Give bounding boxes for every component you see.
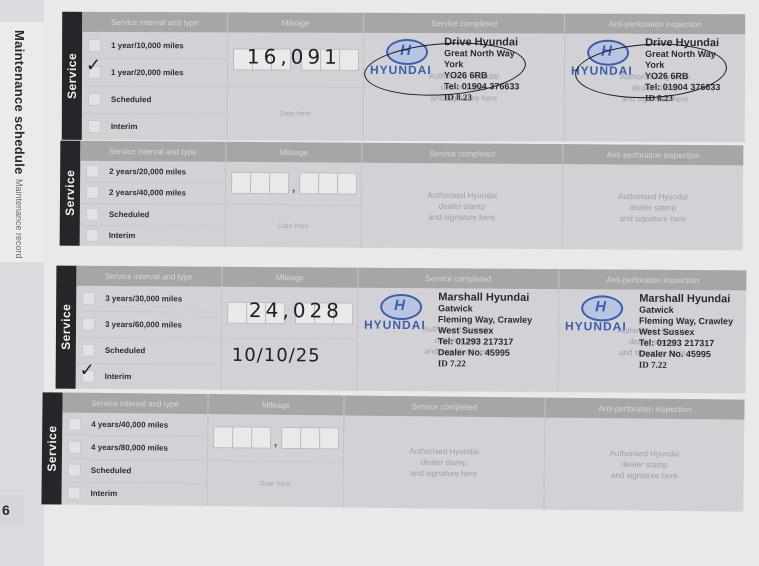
header-service-completed: Service completed <box>364 13 565 34</box>
dealer-line: Gatwick <box>639 305 733 317</box>
date-placeholder: Date here <box>278 223 309 230</box>
interval-option[interactable]: Scheduled <box>80 204 225 227</box>
checkbox[interactable] <box>88 120 101 133</box>
interval-option[interactable]: 1 year/10,000 miles <box>82 32 227 60</box>
interval-options: 2 years/20,000 miles 2 years/40,000 mile… <box>80 161 227 247</box>
mileage-value: 16,091 <box>247 44 341 68</box>
checkbox[interactable] <box>68 417 81 430</box>
service-record-block: Service Service interval and type Mileag… <box>62 12 745 142</box>
service-tab: Service <box>62 12 82 140</box>
checkbox[interactable] <box>86 208 99 221</box>
option-label: 4 years/40,000 miles <box>91 419 168 429</box>
interval-option[interactable]: 3 years/30,000 miles <box>76 286 221 313</box>
checkbox[interactable] <box>68 440 81 453</box>
option-label: Interim <box>90 489 117 498</box>
mileage-value: 24,028 <box>249 297 343 322</box>
hyundai-wordmark: HYUNDAI <box>364 318 426 332</box>
page-title: Maintenance schedule <box>12 30 27 175</box>
dealer-line: Tel: 01293 217317 <box>639 338 733 350</box>
option-label: Interim <box>111 122 138 131</box>
service-tab-label: Service <box>65 53 79 99</box>
checkbox[interactable] <box>88 39 101 52</box>
checkbox[interactable] <box>68 464 81 477</box>
mileage-boxes[interactable]: , <box>213 426 339 449</box>
service-tab-label: Service <box>45 425 59 471</box>
header-mileage: Mileage <box>228 12 364 32</box>
interval-option[interactable]: Scheduled <box>76 338 221 365</box>
option-label: 2 years/40,000 miles <box>109 188 186 198</box>
placeholder-line: and signature here <box>563 212 743 224</box>
section-title: Maintenance schedule Maintenance record <box>10 30 28 259</box>
left-page-edge: Maintenance schedule Maintenance record … <box>0 0 44 566</box>
date-placeholder: Date here <box>280 110 311 117</box>
placeholder-line: and signature here <box>344 467 544 480</box>
service-completed-cell[interactable]: Authorised Hyundai dealer stamp and sign… <box>362 163 564 249</box>
header-interval: Service interval and type <box>76 266 222 287</box>
mileage-cell[interactable]: , 24,028 <box>222 287 357 340</box>
checkbox[interactable] <box>86 229 99 242</box>
date-cell[interactable]: Date here <box>207 461 342 508</box>
checkbox[interactable] <box>82 318 95 331</box>
dealer-line: West Sussex <box>639 327 733 339</box>
service-completed-cell[interactable]: Authorised Hyundai dealer stamp and sign… <box>364 33 565 142</box>
stamp-placeholder: Authorised Hyundai dealer stamp and sign… <box>362 189 562 223</box>
header-interval: Service interval and type <box>82 12 228 33</box>
mileage-column: , 24,028 10/10/25 <box>222 287 359 391</box>
dealer-line: ID 7.22 <box>438 358 532 370</box>
header-mileage: Mileage <box>222 267 358 288</box>
option-label: 1 year/20,000 miles <box>111 68 184 77</box>
option-label: 3 years/30,000 miles <box>105 294 182 304</box>
mileage-column: , Date here <box>207 414 344 507</box>
interval-options: 4 years/40,000 miles 4 years/80,000 mile… <box>61 413 208 507</box>
dealer-line: Tel: 01293 217317 <box>438 336 532 348</box>
checkbox[interactable] <box>82 344 95 357</box>
option-label: 2 years/20,000 miles <box>109 167 186 177</box>
dealer-line: ID 7.22 <box>639 360 733 372</box>
date-cell[interactable]: Date here <box>228 87 363 141</box>
option-label: Scheduled <box>91 466 132 475</box>
checkbox[interactable] <box>82 292 95 305</box>
dealer-line: Dealer No. 45995 <box>639 349 733 361</box>
header-mileage: Mileage <box>208 394 344 415</box>
dealer-stamp: HYUNDAI Marshall HyundaiGatwickFleming W… <box>559 289 747 393</box>
service-date: 10/10/25 <box>232 345 321 367</box>
checkbox[interactable] <box>67 487 80 500</box>
dealer-line: Gatwick <box>438 303 532 315</box>
service-tab-label: Service <box>63 170 77 216</box>
dealer-address: Marshall HyundaiGatwickFleming Way, Craw… <box>438 292 533 370</box>
stamp-placeholder: Authorised Hyundai dealer stamp and sign… <box>545 447 744 482</box>
mileage-boxes[interactable]: , <box>231 172 356 195</box>
dealer-line: West Sussex <box>438 325 532 337</box>
header-anti-perforation: Anti-perforation inspection <box>565 14 745 35</box>
date-placeholder: Date here <box>260 480 291 487</box>
anti-perforation-cell[interactable]: Authorised Hyundai dealer stamp and sign… <box>559 289 747 393</box>
stamp-placeholder: Authorised Hyundai dealer stamp and sign… <box>563 190 743 224</box>
placeholder-line: and signature here <box>545 469 744 482</box>
service-tab-label: Service <box>59 304 73 350</box>
interval-option[interactable]: Interim <box>82 114 227 141</box>
interval-option[interactable]: 4 years/80,000 miles <box>62 436 207 461</box>
page-subtitle: Maintenance record <box>14 179 24 259</box>
dealer-line: Dealer No. 45995 <box>438 347 532 359</box>
placeholder-line: and signature here <box>362 211 562 223</box>
header-service-completed: Service completed <box>344 395 545 417</box>
header-anti-perforation: Anti-perforation inspection <box>545 398 744 420</box>
dealer-line: Fleming Way, Crawley <box>639 316 733 328</box>
interval-option[interactable]: ✓ Interim <box>76 364 221 390</box>
mileage-boxes[interactable]: , 16,091 <box>233 48 358 70</box>
dealer-address: Marshall HyundaiGatwickFleming Way, Craw… <box>639 294 734 372</box>
checkbox[interactable] <box>86 165 99 178</box>
interval-option[interactable]: ✓ 1 year/20,000 miles <box>82 59 227 87</box>
anti-perforation-cell[interactable]: Authorised Hyundai dealer stamp and sign… <box>565 34 745 143</box>
header-interval: Service interval and type <box>62 393 208 415</box>
interval-options: 3 years/30,000 miles 3 years/60,000 mile… <box>76 286 223 390</box>
option-label: Scheduled <box>105 346 146 355</box>
table-header: Service interval and type Mileage Servic… <box>82 12 745 34</box>
service-grid: Service interval and type Mileage Servic… <box>82 12 745 142</box>
header-anti-perforation: Anti-perforation inspection <box>563 144 743 165</box>
interval-option[interactable]: 3 years/60,000 miles <box>76 312 221 339</box>
hyundai-logo-icon <box>581 295 623 321</box>
header-service-completed: Service completed <box>362 143 563 164</box>
service-tab: Service <box>60 141 81 246</box>
option-label: Scheduled <box>111 95 151 104</box>
dealer-line: Fleming Way, Crawley <box>438 314 532 326</box>
mileage-column: , Date here <box>226 162 363 248</box>
interval-option[interactable]: Interim <box>80 225 225 247</box>
mileage-cell[interactable]: , 16,091 <box>228 32 363 87</box>
service-record-block: Service Service interval and type Mileag… <box>56 266 747 394</box>
option-label: 4 years/80,000 miles <box>91 443 168 453</box>
interval-options: 1 year/10,000 miles ✓ 1 year/20,000 mile… <box>82 32 228 141</box>
date-cell[interactable]: 10/10/25 <box>222 339 357 391</box>
interval-option[interactable]: 2 years/40,000 miles <box>80 182 225 205</box>
hyundai-logo-icon <box>380 294 422 320</box>
stamp-placeholder: Authorised Hyundai dealer stamp and sign… <box>344 445 544 480</box>
header-interval: Service interval and type <box>80 141 226 162</box>
checkbox[interactable] <box>88 93 101 106</box>
service-grid: Service interval and type Mileage Servic… <box>76 266 747 394</box>
mileage-cell[interactable]: , <box>226 162 361 206</box>
anti-perforation-cell[interactable]: Authorised Hyundai dealer stamp and sign… <box>544 418 744 512</box>
service-record-block: Service Service interval and type Mileag… <box>60 141 744 251</box>
service-tab: Service <box>56 266 77 389</box>
header-anti-perforation: Anti-perforation inspection <box>559 269 746 290</box>
service-completed-cell[interactable]: Authorised Hyundai dealer stamp and sign… <box>358 288 560 392</box>
interval-option[interactable]: Scheduled <box>62 459 207 484</box>
mileage-boxes[interactable]: , 24,028 <box>227 301 352 324</box>
checkmark-icon: ✓ <box>80 360 95 381</box>
mileage-column: , 16,091 Date here <box>228 32 364 140</box>
service-record-block: Service Service interval and type Mileag… <box>41 392 744 511</box>
hyundai-wordmark: HYUNDAI <box>565 319 627 333</box>
mileage-cell[interactable]: , <box>208 414 343 462</box>
service-grid: Service interval and type Mileage Servic… <box>61 393 744 512</box>
header-service-completed: Service completed <box>358 268 559 289</box>
option-label: 3 years/60,000 miles <box>105 320 182 330</box>
service-completed-cell[interactable]: Authorised Hyundai dealer stamp and sign… <box>343 415 545 509</box>
dealer-line: Marshall Hyundai <box>639 294 733 306</box>
interval-option[interactable]: Interim <box>61 482 206 506</box>
option-label: Scheduled <box>109 210 150 219</box>
page-number: 6 <box>0 495 24 525</box>
interval-option[interactable]: 4 years/40,000 miles <box>62 413 207 438</box>
option-label: Interim <box>109 231 136 240</box>
checkbox[interactable] <box>86 186 99 199</box>
checkmark-icon: ✓ <box>86 55 101 76</box>
option-label: Interim <box>105 372 132 381</box>
dealer-line: Marshall Hyundai <box>438 292 532 304</box>
dealer-stamp: HYUNDAI Marshall HyundaiGatwickFleming W… <box>358 288 559 392</box>
service-grid: Service interval and type Mileage Servic… <box>80 141 744 251</box>
service-tab: Service <box>41 392 62 504</box>
date-cell[interactable]: Date here <box>226 205 361 248</box>
option-label: 1 year/10,000 miles <box>111 41 184 50</box>
anti-perforation-cell[interactable]: Authorised Hyundai dealer stamp and sign… <box>563 164 744 250</box>
interval-option[interactable]: Scheduled <box>82 86 227 114</box>
header-mileage: Mileage <box>226 142 362 163</box>
interval-option[interactable]: 2 years/20,000 miles <box>80 161 225 184</box>
